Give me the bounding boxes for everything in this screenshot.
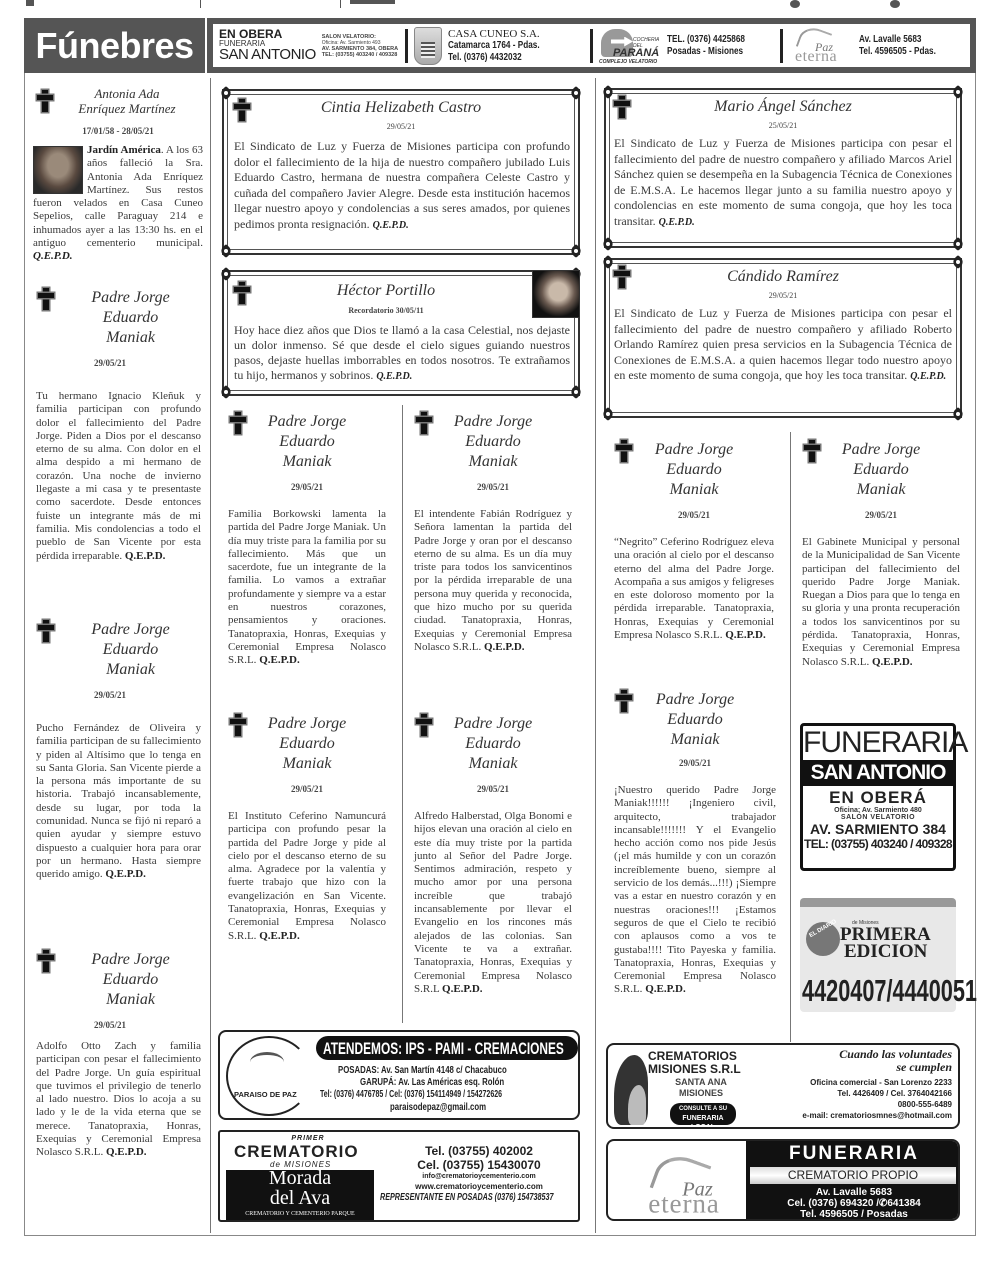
ornament-icon <box>219 267 233 281</box>
obituary-date: 29/05/21 <box>414 482 572 492</box>
ad-location: SANTA ANA MISIONES <box>668 1077 734 1099</box>
ad-text: POSADAS: Av. San Martín 4148 c/ Chacabuc… <box>338 1065 541 1076</box>
obituary-maniak-7: Padre Jorge Eduardo Maniak 29/05/21 Alfr… <box>414 714 572 996</box>
ad-text: SAN ANTONIO <box>219 48 316 62</box>
paz-eterna-logo-icon: Paz eterna <box>789 26 841 66</box>
ad-text: paraisodepaz@gmail.com <box>390 1102 486 1113</box>
obituary-body: Alfredo Halberstad, Olga Bonomi e hijos … <box>414 810 572 996</box>
obituary-name: Cándido Ramírez <box>606 268 960 286</box>
obituary-body: El Instituto Ceferino Namuncurá particip… <box>228 810 386 943</box>
obituary-maniak-8: Padre Jorge Eduardo Maniak 29/05/21 “Neg… <box>614 440 774 642</box>
ad-contact: Oficina comercial - San Lorenzo 2233 Tel… <box>802 1077 952 1121</box>
name-line: Maniak <box>228 754 386 774</box>
name-line: Padre Jorge <box>414 412 572 432</box>
logo-text: COMPLEJO VELATORIO <box>599 59 657 65</box>
ornament-icon <box>601 237 615 251</box>
top-divider <box>340 0 341 8</box>
ornament-icon <box>219 385 233 399</box>
name-line: Eduardo <box>414 734 572 754</box>
ornament-icon <box>601 255 615 269</box>
name-line: Padre Jorge <box>228 714 386 734</box>
ad-text: Tel. 4426409 / Cel. 3764042166 <box>802 1088 952 1099</box>
obituary-maniak-4: Padre Jorge Eduardo Maniak 29/05/21 Fami… <box>228 412 386 668</box>
obituary-date: 29/05/21 <box>802 510 960 520</box>
name-line: Padre Jorge <box>802 440 960 460</box>
qepd-text: Q.E.P.D. <box>259 654 300 666</box>
body-text: ¡Nuestro querido Padre Jorge Maniak!!!!!… <box>614 784 776 995</box>
cross-icon <box>614 96 630 118</box>
obituary-body: Pucho Fernández de Oliveira y familia pa… <box>36 722 201 882</box>
body-text: El intendente Fabián Rodríguez y Señora … <box>414 508 572 653</box>
ad-text: MISIONES S.R.L <box>648 1063 741 1076</box>
column-rule <box>790 432 791 1042</box>
paraiso-logo-icon <box>226 1036 312 1116</box>
ad-text: EDICION <box>844 943 927 961</box>
obituary-body: ¡Nuestro querido Padre Jorge Maniak!!!!!… <box>614 784 776 997</box>
ad-contact: Tel. (03755) 402002 Cel. (03755) 1543007… <box>380 1144 578 1204</box>
ad-text: GARUPÁ: Av. Las Américas esq. Rolón <box>360 1077 504 1088</box>
ad-pill-text: CONSULTE A SU FUNERARIA LOCAL <box>670 1105 736 1129</box>
name-line: Eduardo <box>60 308 201 328</box>
obituary-body: Jardín América. A los 63 años falleció l… <box>33 144 203 264</box>
ad-text: CONSULTE A SU <box>670 1105 736 1114</box>
name-line: Eduardo <box>802 460 960 480</box>
logo-text: PARANÁ <box>613 47 659 59</box>
qepd-text: Q.E.P.D. <box>910 371 946 382</box>
ad-text: Av. Lavalle 5683 <box>746 1187 960 1198</box>
cross-icon <box>804 440 820 462</box>
obituary-name: Mario Ángel Sánchez <box>606 98 960 116</box>
divider <box>780 29 783 63</box>
obituary-name: Padre Jorge Eduardo Maniak <box>802 440 960 500</box>
divider <box>405 29 408 63</box>
body-text: El Instituto Ceferino Namuncurá particip… <box>228 810 386 942</box>
ad-text: Catamarca 1764 - Pdas. <box>448 40 540 52</box>
body-text: Alfredo Halberstad, Olga Bonomi e hijos … <box>414 810 572 995</box>
obituary-maniak-5: Padre Jorge Eduardo Maniak 29/05/21 El i… <box>414 412 572 654</box>
ad-text: TEL: (03755) 403240 / 409328 <box>803 837 953 852</box>
column-rule <box>402 405 403 1023</box>
qepd-text: Q.E.P.D. <box>33 250 73 262</box>
obituary-date: 29/05/21 <box>36 358 201 368</box>
ad-contact: Av. Lavalle 5683 Cel. (0376) 694320 /✆64… <box>746 1187 960 1220</box>
header-ad-parana[interactable]: COCHERIA DEL PARANÁ COMPLEJO VELATORIO T… <box>599 24 774 67</box>
cross-icon <box>38 950 54 972</box>
obituary-name: Cintia Helizabeth Castro <box>224 99 578 117</box>
body-text: Adolfo Otto Zach y familia participan co… <box>36 1040 201 1158</box>
qepd-text: Q.E.P.D. <box>106 1146 147 1158</box>
obituary-name: Padre Jorge Eduardo Maniak <box>36 950 201 1010</box>
obituary-maniak-3: Padre Jorge Eduardo Maniak 29/05/21 Adol… <box>36 950 201 1160</box>
obituary-date: 29/05/21 <box>614 758 776 768</box>
ad-text: CREMATORIO <box>234 1142 359 1162</box>
obituary-date: Recordatorio 30/05/11 <box>224 306 578 315</box>
name-line: Maniak <box>802 480 960 500</box>
obituary-date: 29/05/21 <box>228 784 386 794</box>
obituary-name: Padre Jorge Eduardo Maniak <box>414 412 572 472</box>
ad-text: Tel. (03755) 402002 <box>380 1144 578 1158</box>
name-line: Enríquez Martínez <box>51 101 203 116</box>
ad-text: FUNERARIA LOCAL <box>670 1114 736 1129</box>
ad-text: REPRESENTANTE EN POSADAS (0376) 15473853… <box>380 1192 523 1204</box>
divider <box>590 29 593 63</box>
ad-brand: Morada del Ava <box>226 1168 374 1208</box>
ornament-icon <box>951 85 965 99</box>
header-ad-paz-eterna[interactable]: Paz eterna Av. Lavalle 5683 Tel. 4596505… <box>789 24 953 67</box>
ad-text: 0800-555-6489 <box>802 1099 952 1110</box>
name-line: Maniak <box>60 990 201 1010</box>
ad-text: Cel. (03755) 15430070 <box>380 1158 578 1172</box>
cross-icon <box>616 440 632 462</box>
ad-text: SALÓN VELATORIO <box>803 814 953 821</box>
ad-text: Oficina comercial - San Lorenzo 2233 <box>802 1077 952 1088</box>
cross-icon <box>234 282 250 304</box>
qepd-text: Q.E.P.D. <box>659 217 695 228</box>
obituary-body: El intendente Fabián Rodríguez y Señora … <box>414 508 572 654</box>
ad-text: EN OBERÁ <box>803 788 953 807</box>
portrait-photo <box>532 270 580 318</box>
cross-icon <box>230 412 246 434</box>
name-line: Padre Jorge <box>228 412 386 432</box>
ad-text: PRIMER <box>268 1135 348 1142</box>
qepd-text: Q.E.P.D. <box>259 930 300 942</box>
obituary-body: El Sindicato de Luz y Fuerza de Misiones… <box>606 300 960 385</box>
qepd-text: Q.E.P.D. <box>645 983 686 995</box>
page-top-strip <box>20 0 980 10</box>
name-line: Eduardo <box>60 640 201 660</box>
header-ad-casa-cuneo[interactable]: CASA CUNEO S.A. Catamarca 1764 - Pdas. T… <box>414 24 584 67</box>
name-line: Eduardo <box>614 460 774 480</box>
ad-text: e-mail: crematoriosmnes@hotmail.com <box>802 1110 952 1121</box>
ornament-icon <box>601 407 615 421</box>
ad-morada-del-ava[interactable]: PRIMER CREMATORIO de MISIONES Morada del… <box>218 1130 580 1222</box>
obituary-date: 29/05/21 <box>614 510 774 520</box>
ornament-icon <box>951 237 965 251</box>
ornament-icon <box>951 407 965 421</box>
cross-icon <box>38 620 54 642</box>
obituary-body: Familia Borkowski lamenta la partida del… <box>228 508 386 668</box>
name-line: Maniak <box>414 754 572 774</box>
cross-icon <box>416 412 432 434</box>
body-text: Tu hermano Ignacio Kleñuk y familia part… <box>36 390 201 562</box>
ad-text: Tel. (0376) 4432032 <box>448 52 540 64</box>
body-text: El Sindicato de Luz y Fuerza de Misiones… <box>614 306 952 382</box>
ornament-icon <box>219 86 233 100</box>
obituary-body: El Gabinete Municipal y personal de la M… <box>802 536 960 669</box>
header-ads-strip: EN OBERA FUNERARIA SAN ANTONIO SALON VEL… <box>213 24 970 67</box>
name-line: Maniak <box>614 730 776 750</box>
name-line: Padre Jorge <box>414 714 572 734</box>
obituary-date: 29/05/21 <box>36 690 201 700</box>
qepd-text: Q.E.P.D. <box>442 983 483 995</box>
social-icon <box>890 0 900 8</box>
qepd-text: Q.E.P.D. <box>105 868 146 880</box>
ad-text: FUNERARIA <box>803 726 953 760</box>
column-rule <box>210 78 211 1233</box>
ad-text: Tel: (0376) 4476785 / Cel: (0376) 154114… <box>320 1089 502 1100</box>
ornament-icon <box>569 385 583 399</box>
obituary-maniak-10: Padre Jorge Eduardo Maniak 29/05/21 ¡Nue… <box>614 690 776 997</box>
obituary-body: Tu hermano Ignacio Kleñuk y familia part… <box>36 390 201 563</box>
ad-text: Tel. 4596505 - Pdas. <box>859 46 936 58</box>
obituary-hector-box: Héctor Portillo Recordatorio 30/05/11 Ho… <box>222 270 580 396</box>
qepd-text: Q.E.P.D. <box>725 629 766 641</box>
obituary-maniak-1: Padre Jorge Eduardo Maniak 29/05/21 Tu h… <box>36 288 201 563</box>
obituary-mario-box: Mario Ángel Sánchez 25/05/21 El Sindicat… <box>604 88 962 248</box>
obituary-name: Padre Jorge Eduardo Maniak <box>36 620 201 680</box>
ad-text: www.crematorioycementerio.com <box>380 1182 578 1192</box>
obituary-name: Antonia Ada Enríquez Martínez <box>33 86 203 116</box>
name-line: Eduardo <box>614 710 776 730</box>
qepd-text: Q.E.P.D. <box>125 550 166 562</box>
obituary-dates: 17/01/58 - 28/05/21 <box>33 126 203 136</box>
obituary-body: Adolfo Otto Zach y familia participan co… <box>36 1040 201 1160</box>
ad-text: CREMATORIO PROPIO <box>750 1167 956 1184</box>
obituary-body: “Negrito” Ceferino Rodríguez eleva una o… <box>614 536 774 642</box>
cross-icon <box>230 714 246 736</box>
name-line: Padre Jorge <box>614 690 776 710</box>
ornament-icon <box>219 244 233 258</box>
obituary-name: Padre Jorge Eduardo Maniak <box>414 714 572 774</box>
ornament-icon <box>569 244 583 258</box>
name-line: Maniak <box>614 480 774 500</box>
name-line: Padre Jorge <box>60 620 201 640</box>
obituary-name: Padre Jorge Eduardo Maniak <box>614 690 776 750</box>
ad-text: CREMATORIO Y CEMENTERIO PARQUE <box>226 1211 374 1217</box>
name-line: Maniak <box>60 660 201 680</box>
ad-text: TEL. (0376) 4425868 <box>667 34 745 46</box>
ad-funeraria-san-antonio[interactable]: FUNERARIA SAN ANTONIO EN OBERÁ Oficina: … <box>800 723 956 871</box>
top-divider <box>200 0 201 8</box>
ad-text: Cel. (0376) 694320 /✆641384 <box>746 1198 960 1209</box>
name-line: Eduardo <box>228 734 386 754</box>
dove-icon <box>250 1052 284 1072</box>
location-lead: Jardín América <box>87 144 161 156</box>
cross-icon <box>416 714 432 736</box>
obituary-date: 29/05/21 <box>606 291 960 300</box>
portrait-photo <box>33 146 83 194</box>
page-number-mark <box>26 0 34 6</box>
flame-icon <box>628 1085 646 1125</box>
name-line: Antonia Ada <box>51 86 203 101</box>
ad-brand: CREMATORIOS MISIONES S.R.L <box>648 1050 741 1076</box>
social-icon <box>790 0 800 8</box>
name-line: Eduardo <box>228 432 386 452</box>
ad-text: PARAISO DE PAZ <box>234 1090 297 1099</box>
ad-text: FUNERARIA <box>746 1143 960 1165</box>
name-line: Padre Jorge <box>60 288 201 308</box>
obituary-date: 29/05/21 <box>36 1020 201 1030</box>
ad-text: Posadas - Misiones <box>667 46 745 58</box>
cross-icon <box>234 99 250 121</box>
obituary-name: Padre Jorge Eduardo Maniak <box>228 714 386 774</box>
obituary-body: El Sindicato de Luz y Fuerza de Misiones… <box>224 131 578 233</box>
ad-text: Tel. 4596505 / Posadas <box>746 1209 960 1220</box>
ad-text: MISIONES <box>668 1088 734 1099</box>
name-line: Padre Jorge <box>614 440 774 460</box>
name-line: Eduardo <box>60 970 201 990</box>
name-line: Maniak <box>414 452 572 472</box>
qepd-text: Q.E.P.D. <box>373 220 409 231</box>
body-text: Familia Borkowski lamenta la partida del… <box>228 508 386 666</box>
name-line: Maniak <box>60 328 201 348</box>
section-label-mark <box>350 0 395 4</box>
ad-text: AV. SARMIENTO 384 <box>803 821 953 837</box>
obituary-date: 29/05/21 <box>224 122 578 131</box>
ad-text: SAN ANTONIO <box>803 760 953 786</box>
ad-text: info@crematorioycementerio.com <box>380 1172 578 1182</box>
cross-icon <box>37 90 53 112</box>
ad-paraiso-de-paz[interactable]: PARAISO DE PAZ ATENDEMOS: IPS - PAMI - C… <box>218 1030 580 1120</box>
obituary-maniak-9: Padre Jorge Eduardo Maniak 29/05/21 El G… <box>802 440 960 669</box>
ad-text: CASA CUNEO S.A. <box>448 28 560 40</box>
ad-paz-eterna[interactable]: Paz eterna FUNERARIA CREMATORIO PROPIO A… <box>606 1139 960 1221</box>
body-text: El Gabinete Municipal y personal de la M… <box>802 536 960 668</box>
obituary-body: El Sindicato de Luz y Fuerza de Misiones… <box>606 130 960 230</box>
ad-text: ATENDEMOS: IPS - PAMI - CREMACIONES <box>323 1039 564 1059</box>
ad-text: del Ava <box>226 1188 374 1208</box>
ad-text: Morada <box>226 1168 374 1188</box>
ad-slogan: Cuando las voluntades se cumplen <box>839 1048 952 1074</box>
section-header-banner: Fúnebres EN OBERA FUNERARIA SAN ANTONIO … <box>24 18 976 73</box>
ad-text: Av. Lavalle 5683 <box>859 34 936 46</box>
qepd-text: Q.E.P.D. <box>872 656 913 668</box>
name-line: Padre Jorge <box>60 950 201 970</box>
name-line: Eduardo <box>414 432 572 452</box>
obituary-candido-box: Cándido Ramírez 29/05/21 El Sindicato de… <box>604 258 962 418</box>
obituary-date: 29/05/21 <box>228 482 386 492</box>
qepd-text: Q.E.P.D. <box>376 371 412 382</box>
ornament-icon <box>601 85 615 99</box>
column-rule <box>595 78 596 1233</box>
obituary-maniak-2: Padre Jorge Eduardo Maniak 29/05/21 Puch… <box>36 620 201 882</box>
cross-icon <box>614 266 630 288</box>
body-text: El Sindicato de Luz y Fuerza de Misiones… <box>614 136 952 228</box>
obituary-date: 25/05/21 <box>606 121 960 130</box>
cross-icon <box>38 288 54 310</box>
paz-eterna-logo-icon: Paz eterna <box>638 1153 726 1221</box>
ad-text: se cumplen <box>839 1061 952 1074</box>
obituary-cintia-box: Cintia Helizabeth Castro 29/05/21 El Sin… <box>222 89 580 255</box>
ad-text: SALON VELATORIO: <box>322 34 376 40</box>
ad-primera-edicion[interactable]: EL DIARIO de Misiones PRIMERA EDICION 44… <box>800 898 956 1012</box>
body-text: “Negrito” Ceferino Rodríguez eleva una o… <box>614 536 774 641</box>
section-title: Fúnebres <box>24 18 207 73</box>
cross-icon <box>616 690 632 712</box>
logo-text: eterna <box>795 48 837 66</box>
obituary-date: 29/05/21 <box>414 784 572 794</box>
crest-icon <box>414 27 442 65</box>
name-line: Maniak <box>228 452 386 472</box>
obituary-antonia: Antonia Ada Enríquez Martínez 17/01/58 -… <box>33 86 203 264</box>
parana-logo-icon: COCHERIA DEL PARANÁ COMPLEJO VELATORIO <box>599 27 661 65</box>
ad-text: 4420407/4440051 <box>802 976 977 1006</box>
obituary-maniak-6: Padre Jorge Eduardo Maniak 29/05/21 El I… <box>228 714 386 943</box>
logo-text: eterna <box>648 1190 720 1221</box>
obituary-name: Padre Jorge Eduardo Maniak <box>36 288 201 348</box>
ad-text: TEL: (03755) 403240 / 409328 <box>322 52 398 58</box>
obituary-body: Hoy hace diez años que Dios te llamó a l… <box>224 315 578 384</box>
header-ad-san-antonio[interactable]: EN OBERA FUNERARIA SAN ANTONIO SALON VEL… <box>219 24 399 67</box>
qepd-text: Q.E.P.D. <box>484 641 525 653</box>
body-text: El Sindicato de Luz y Fuerza de Misiones… <box>234 139 570 231</box>
ad-crematorios-misiones[interactable]: CREMATORIOS MISIONES S.R.L SANTA ANA MIS… <box>606 1043 960 1129</box>
obituary-name: Padre Jorge Eduardo Maniak <box>614 440 774 500</box>
ad-text: Oficina: Av. Sarmiento 480 <box>803 807 953 814</box>
obituary-name: Héctor Portillo <box>224 282 578 300</box>
ornament-icon <box>951 255 965 269</box>
body-text: Pucho Fernández de Oliveira y familia pa… <box>36 722 201 880</box>
ad-text: SANTA ANA <box>668 1077 734 1088</box>
ornament-icon <box>569 86 583 100</box>
obituary-name: Padre Jorge Eduardo Maniak <box>228 412 386 472</box>
